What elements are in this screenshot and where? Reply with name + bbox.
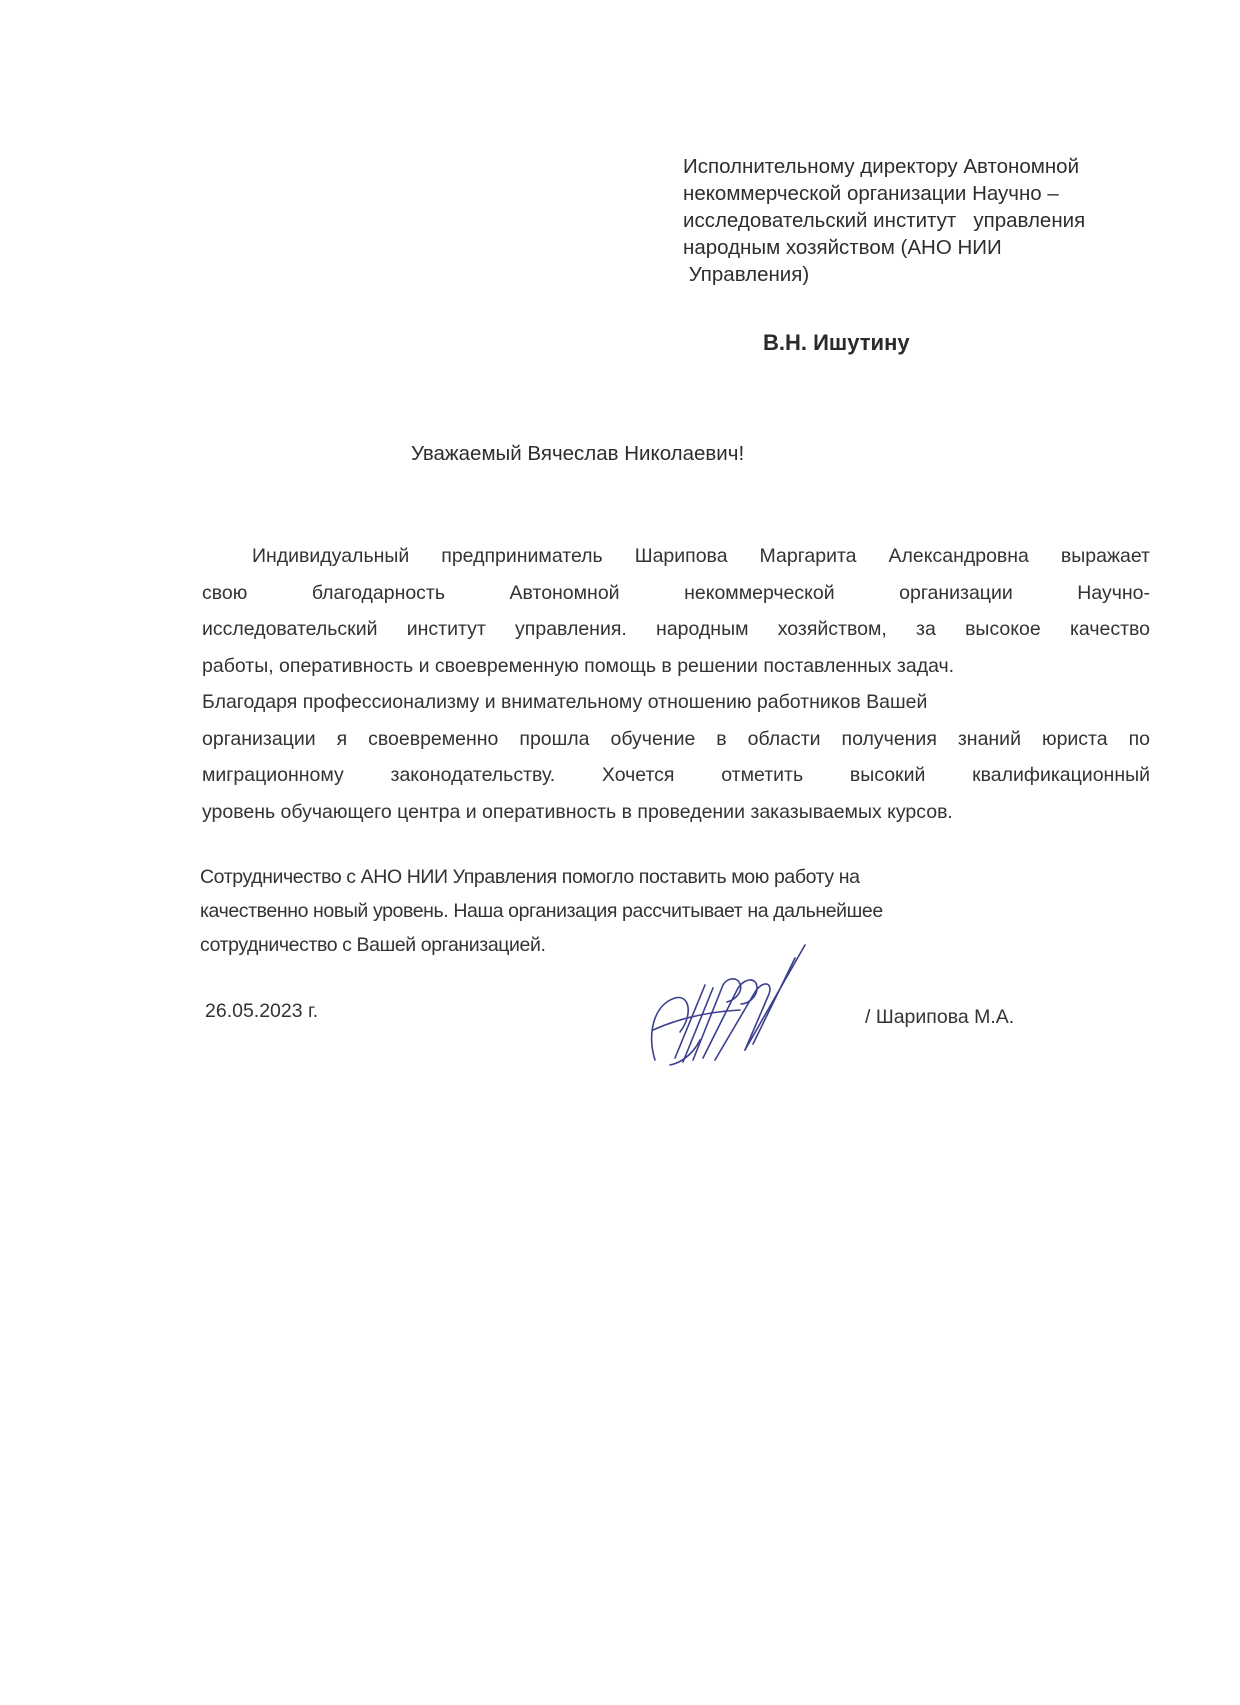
letter-date: 26.05.2023 г. <box>205 1000 318 1023</box>
addressee-line: исследовательский институт управления <box>683 207 1143 234</box>
body-line: работы, оперативность и своевременную по… <box>202 648 1150 685</box>
handwritten-signature-icon <box>645 940 830 1070</box>
body-line: уровень обучающего центра и оперативност… <box>202 794 1150 831</box>
signer-name: / Шарипова М.А. <box>865 1006 1014 1029</box>
letter-page: Исполнительному директору Автономной нек… <box>0 0 1240 1705</box>
letter-body: Индивидуальный предприниматель Шарипова … <box>202 538 1150 830</box>
addressee-line: некоммерческой организации Научно – <box>683 180 1143 207</box>
recipient-name: В.Н. Ишутину <box>763 330 910 356</box>
closing-paragraph: Сотрудничество с АНО НИИ Управления помо… <box>200 860 1050 962</box>
addressee-line: Управления) <box>683 261 1143 288</box>
body-line: Индивидуальный предприниматель Шарипова … <box>202 538 1150 575</box>
closing-line: качественно новый уровень. Наша организа… <box>200 894 1050 928</box>
closing-line: сотрудничество с Вашей организацией. <box>200 928 1050 962</box>
body-line: организации я своевременно прошла обучен… <box>202 721 1150 758</box>
addressee-line: народным хозяйством (АНО НИИ <box>683 234 1143 261</box>
closing-line: Сотрудничество с АНО НИИ Управления помо… <box>200 860 1050 894</box>
body-line: миграционному законодательству. Хочется … <box>202 757 1150 794</box>
salutation: Уважаемый Вячеслав Николаевич! <box>411 442 744 466</box>
body-line: Благодаря профессионализму и внимательно… <box>202 684 1150 721</box>
body-line: исследовательский институт управления. н… <box>202 611 1150 648</box>
body-line: свою благодарность Автономной некоммерче… <box>202 575 1150 612</box>
addressee-line: Исполнительному директору Автономной <box>683 153 1143 180</box>
addressee-block: Исполнительному директору Автономной нек… <box>683 153 1143 288</box>
